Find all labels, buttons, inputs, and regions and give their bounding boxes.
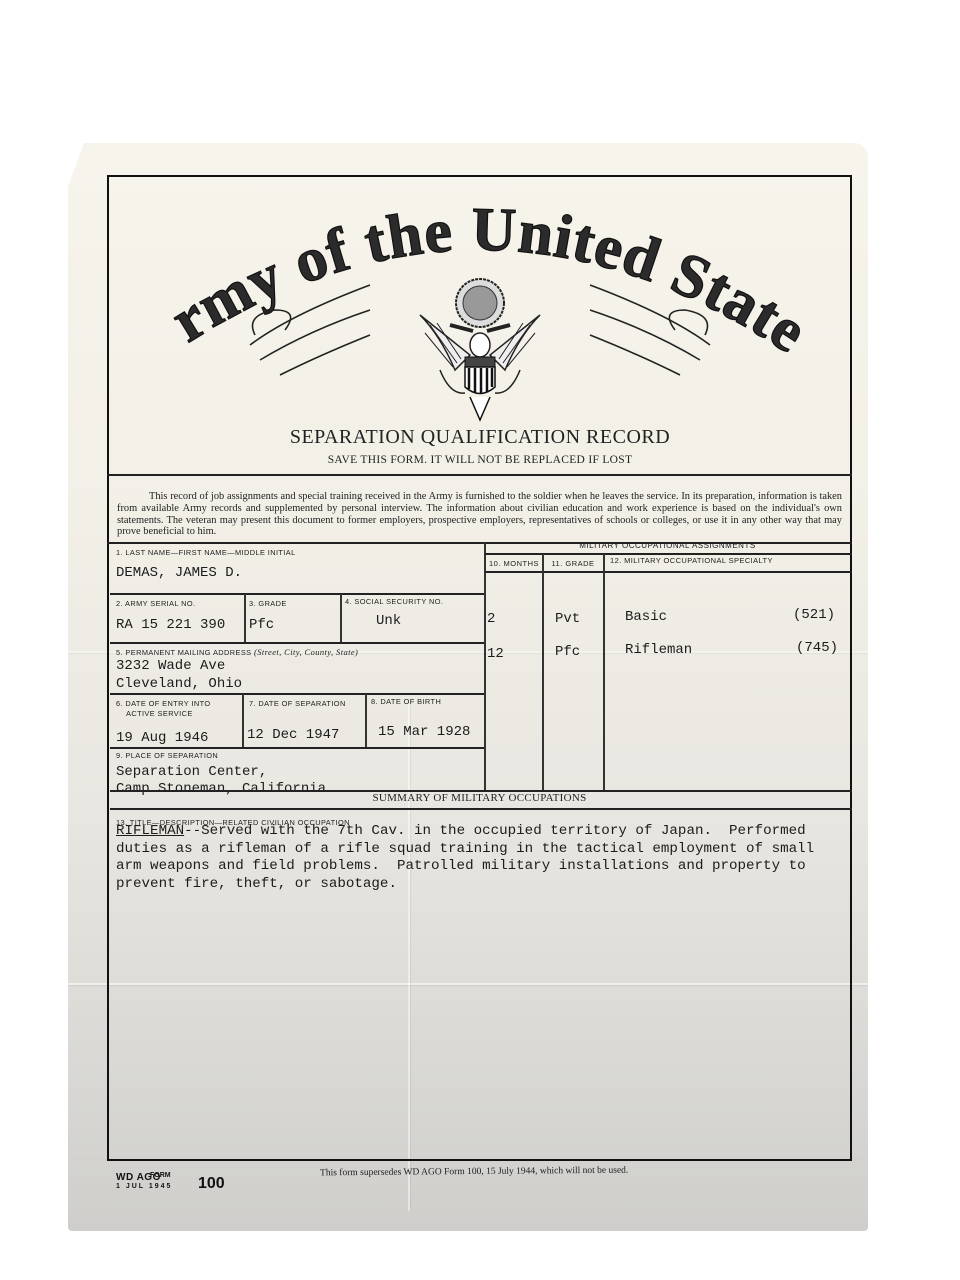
job-title: RIFLEMAN	[116, 823, 184, 839]
divider	[107, 474, 852, 476]
form-subtitle: SAVE THIS FORM. IT WILL NOT BE REPLACED …	[0, 454, 960, 466]
divider	[485, 571, 852, 573]
form-date: 1 JUL 1945	[116, 1183, 172, 1190]
field-label-ssn: 4. Social security No.	[345, 597, 443, 606]
column-divider	[365, 694, 367, 747]
field-value-entry-date: 19 Aug 1946	[116, 730, 208, 746]
field-label-place: 9. Place of separation	[116, 751, 218, 760]
field-label-grade: 3. Grade	[249, 599, 287, 608]
field-value-serial: RA 15 221 390	[116, 617, 225, 633]
summary-line: --Served with the 7th Cav. in the occupi…	[184, 823, 806, 839]
column-divider	[242, 694, 244, 747]
field-label-separation-date: 7. Date of separation	[249, 699, 346, 708]
form-number: 100	[198, 1175, 225, 1193]
row-specialty: Rifleman	[625, 642, 692, 658]
intro-paragraph: This record of job assignments and speci…	[117, 491, 842, 538]
row-specialty: Basic	[625, 609, 667, 625]
column-divider	[542, 554, 544, 790]
divider	[110, 642, 484, 644]
divider	[110, 808, 852, 810]
field-value-place-line1: Separation Center,	[116, 764, 267, 780]
column-divider	[340, 594, 342, 642]
summary-title: SUMMARY OF MILITARY OCCUPATIONS	[107, 792, 852, 804]
field-label-address-hint: (Street, City, County, State)	[254, 647, 358, 657]
summary-line: duties as a rifleman of a rifle squad tr…	[116, 841, 814, 857]
field-value-grade: Pfc	[249, 617, 274, 633]
field-value-name: DEMAS, JAMES D.	[116, 565, 242, 581]
column-divider	[484, 543, 486, 790]
form-word: FORM	[150, 1172, 171, 1179]
divider	[110, 747, 484, 749]
col-header-months: 10. MONTHS	[485, 559, 543, 568]
column-divider	[603, 554, 605, 790]
field-value-address-line1: 3232 Wade Ave	[116, 658, 225, 674]
row-code: (745)	[796, 640, 838, 656]
summary-line: prevent fire, theft, or sabotage.	[116, 876, 397, 892]
great-seal-eagle-icon	[395, 275, 565, 425]
field-label-name: 1. Last name—first name—middle initial	[116, 548, 296, 557]
summary-line: arm weapons and field problems. Patrolle…	[116, 858, 806, 874]
field-value-ssn: Unk	[376, 613, 401, 629]
divider	[110, 693, 484, 695]
assignments-title: MILITARY OCCUPATIONAL ASSIGNMENTS	[485, 541, 850, 550]
field-label-entry-date: 6. Date of entry into	[116, 699, 211, 708]
field-label-address: 5. Permanent mailing address (Street, Ci…	[116, 647, 358, 657]
summary-description: RIFLEMAN--Served with the 7th Cav. in th…	[116, 823, 846, 893]
row-grade: Pfc	[555, 644, 580, 660]
field-label-entry-date-2: active service	[126, 709, 193, 718]
row-grade: Pvt	[555, 611, 580, 627]
row-months: 2	[487, 611, 495, 627]
divider	[485, 553, 852, 555]
field-value-birth-date: 15 Mar 1928	[378, 724, 470, 740]
col-header-specialty: 12. MILITARY OCCUPATIONAL SPECIALTY	[610, 556, 773, 565]
divider	[110, 593, 484, 595]
column-divider	[244, 594, 246, 642]
field-value-address-line2: Cleveland, Ohio	[116, 676, 242, 692]
col-header-grade: 11. GRADE	[544, 559, 602, 568]
field-label-birth-date: 8. Date of birth	[371, 697, 441, 706]
row-months: 12	[487, 646, 504, 662]
form-title: SEPARATION QUALIFICATION RECORD	[0, 426, 960, 449]
field-label-serial: 2. Army serial No.	[116, 599, 196, 608]
row-code: (521)	[793, 607, 835, 623]
field-value-separation-date: 12 Dec 1947	[247, 727, 339, 743]
form-identifier: WD AGO FORM 1 JUL 1945 100	[116, 1172, 172, 1190]
field-label-address-text: 5. Permanent mailing address	[116, 648, 252, 657]
